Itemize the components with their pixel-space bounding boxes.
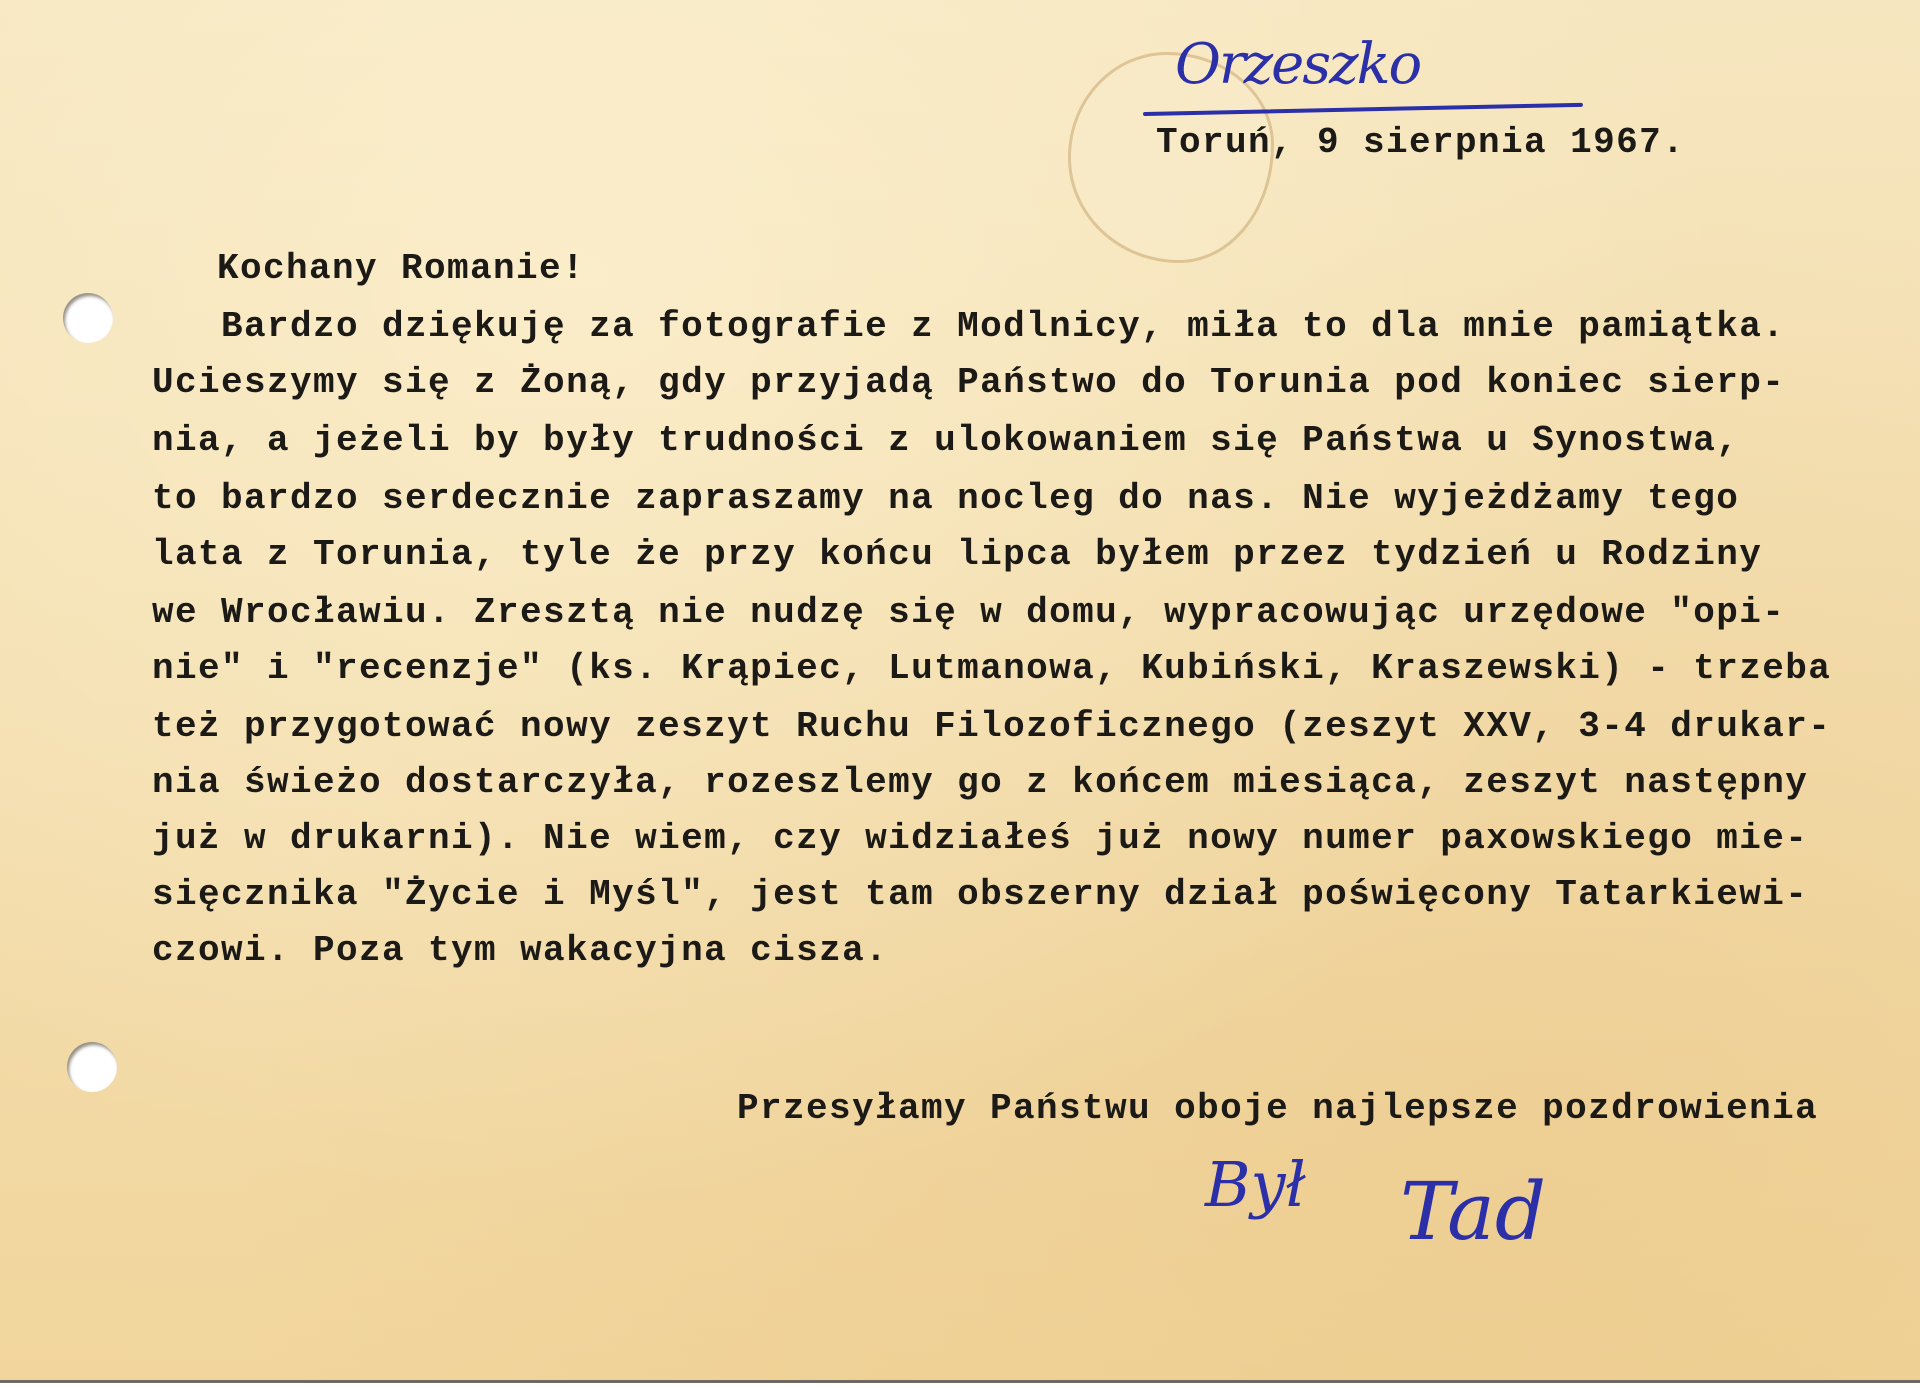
body-line: sięcznika "Życie i Myśl", jest tam obsze… — [152, 874, 1808, 915]
body-line: nia, a jeżeli by były trudności z ulokow… — [152, 420, 1739, 461]
punch-hole-bottom — [67, 1042, 117, 1092]
body-line: nie" i "recenzje" (ks. Krąpiec, Lutmanow… — [152, 648, 1831, 689]
handwritten-annotation: Orzeszko — [1175, 32, 1420, 97]
closing-line: Przesyłamy Państwu oboje najlepsze pozdr… — [737, 1088, 1818, 1129]
date-line: Toruń, 9 sierpnia 1967. — [1156, 122, 1685, 163]
body-line: też przygotować nowy zeszyt Ruchu Filozo… — [152, 706, 1831, 747]
signature-first: Był — [1205, 1148, 1306, 1221]
body-line: Bardzo dziękuję za fotografie z Modlnicy… — [152, 306, 1785, 347]
body-line: we Wrocławiu. Zresztą nie nudzę się w do… — [152, 592, 1785, 633]
salutation: Kochany Romanie! — [217, 248, 585, 289]
body-line: czowi. Poza tym wakacyjna cisza. — [152, 930, 888, 971]
body-line: to bardzo serdecznie zapraszamy na nocle… — [152, 478, 1739, 519]
body-line: już w drukarni). Nie wiem, czy widziałeś… — [152, 818, 1808, 859]
letter-paper: Orzeszko Toruń, 9 sierpnia 1967. Kochany… — [0, 0, 1920, 1383]
punch-hole-top — [63, 293, 113, 343]
signature-last: Tad — [1400, 1165, 1546, 1258]
body-line: Ucieszymy się z Żoną, gdy przyjadą Państ… — [152, 362, 1785, 403]
body-line: nia świeżo dostarczyła, rozeszlemy go z … — [152, 762, 1808, 803]
body-line: lata z Torunia, tyle że przy końcu lipca… — [152, 534, 1762, 575]
